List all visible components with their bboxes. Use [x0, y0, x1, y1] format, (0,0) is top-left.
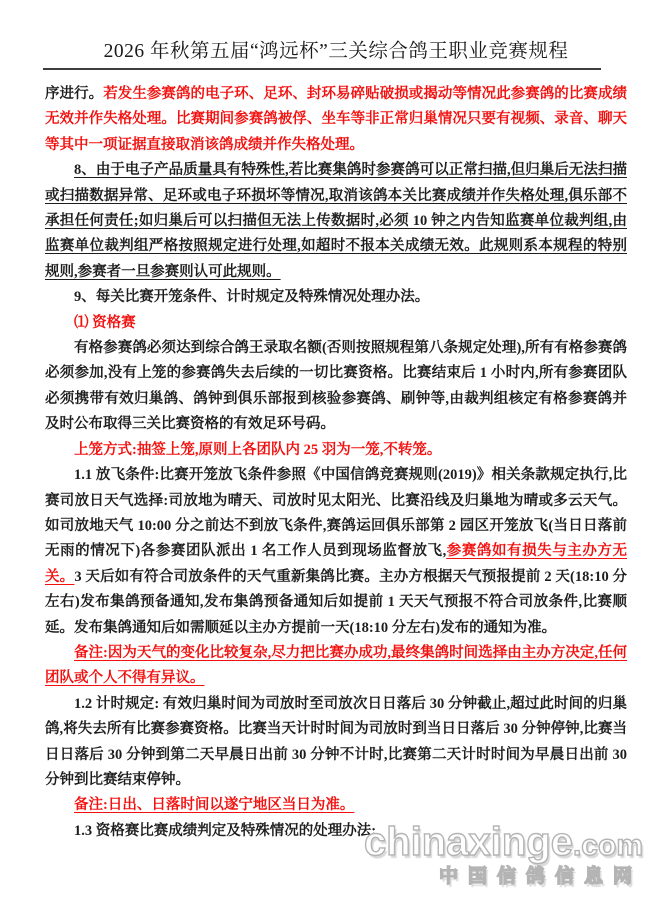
page-title: 2026 年秋第五届“鸿远杯”三关综合鸽王职业竞赛规程: [45, 40, 627, 63]
para-caging-method: 上笼方式:抽签上笼,原则上各团队内 25 羽为一笼,不转笼。: [45, 438, 627, 463]
para-note-sunrise-sunset: 备注:日出、日落时间以遂宁地区当日为准。: [45, 793, 627, 818]
watermark-tld-text: .com: [573, 829, 643, 862]
text-run-black: 序进行。: [45, 86, 103, 102]
para-note-weather: 备注:因为天气的变化比较复杂,尽力把比赛办成功,最终集鸽时间选择由主办方决定,任…: [45, 641, 627, 692]
document-page: 2026 年秋第五届“鸿远杯”三关综合鸽王职业竞赛规程 序进行。若发生参赛鸽的电…: [0, 0, 649, 916]
document-body: 序进行。若发生参赛鸽的电子环、足环、封环易碎贴破损或揭动等情况此参赛鸽的比赛成绩…: [45, 82, 627, 844]
para-rule-9-heading: 9、每关比赛开笼条件、计时规定及特殊情况处理办法。: [45, 285, 627, 310]
text-run-reschedule-notice: 3 天后如有符合司放条件的天气重新集鸽比赛。主办方根据天气预报提前 2 天(18…: [45, 569, 627, 636]
para-continuation-prev-page: 序进行。若发生参赛鸽的电子环、足环、封环易碎贴破损或揭动等情况此参赛鸽的比赛成绩…: [45, 82, 627, 158]
para-release-conditions: 1.1 放飞条件:比赛开笼放飞条件参照《中国信鸽竞赛规则(2019)》相关条款规…: [45, 463, 627, 641]
heading-qualifier-race: ⑴ 资格赛: [45, 311, 627, 336]
title-divider: [43, 68, 601, 70]
watermark-domain-text: chinaxinge: [364, 820, 573, 864]
para-timing-rules: 1.2 计时规定: 有效归巢时间为司放时至司放次日日落后 30 分钟截止,超过此…: [45, 692, 627, 794]
text-run-red-disqualification: 若发生参赛鸽的电子环、足环、封环易碎贴破损或揭动等情况此参赛鸽的比赛成绩无效并作…: [45, 86, 627, 153]
para-rule-8-electronic-ring: 8、由于电子产品质量具有特殊性,若比赛集鸽时参赛鸽可以正常扫描,但归巢后无法扫描…: [45, 158, 627, 285]
para-qualifier-requirements: 有格参赛鸽必须达到综合鸽王录取名额(否则按照规程第八条规定处理),所有有格参赛鸽…: [45, 336, 627, 438]
chinaxinge-watermark-logo: chinaxinge.com 中国信鸽信息网: [364, 822, 643, 886]
watermark-chinese-text: 中国信鸽信息网: [364, 867, 643, 886]
watermark-domain-line: chinaxinge.com: [364, 822, 643, 862]
